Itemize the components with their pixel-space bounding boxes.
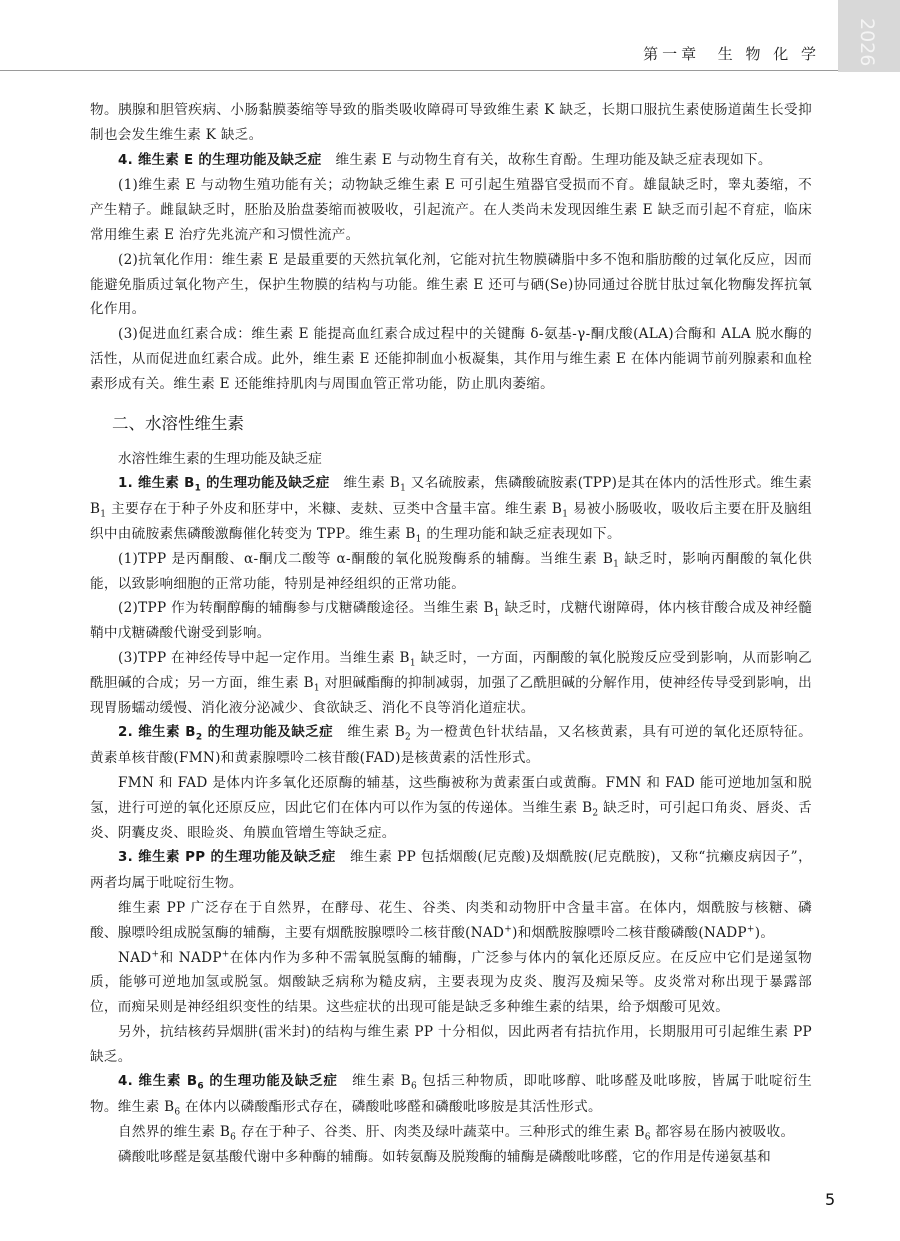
paragraph-vitamin-b6-intro: 4. 维生素 B6 的生理功能及缺乏症 维生素 B6 包括三种物质，即吡哆醇、吡…	[90, 1069, 812, 1120]
heading-vitamin-pp: 3. 维生素 PP 的生理功能及缺乏症	[118, 850, 336, 865]
paragraph-vitamin-b1-1: (1)TPP 是丙酮酸、α-酮戊二酸等 α-酮酸的氧化脱羧酶系的辅酶。当维生素 …	[90, 547, 812, 597]
vitamin-e-intro-text: 维生素 E 与动物生育有关，故称生育酚。生理功能及缺乏症表现如下。	[322, 152, 772, 168]
header-divider	[0, 70, 838, 71]
paragraph-vitamin-e-1: (1)维生素 E 与动物生殖功能有关；动物缺乏维生素 E 可引起生殖器官受损而不…	[90, 173, 812, 247]
paragraph-vitamin-b1-intro: 1. 维生素 B1 的生理功能及缺乏症 维生素 B1 又名硫胺素，焦磷酸硫胺素(…	[90, 471, 812, 546]
paragraph-vitamin-e-2: (2)抗氧化作用：维生素 E 是最重要的天然抗氧化剂，它能对抗生物膜磷脂中多不饱…	[90, 248, 812, 322]
heading-vitamin-b6: 4. 维生素 B6 的生理功能及缺乏症	[118, 1074, 338, 1089]
paragraph-vitamin-e-intro: 4. 维生素 E 的生理功能及缺乏症 维生素 E 与动物生育有关，故称生育酚。生…	[90, 148, 812, 174]
heading-vitamin-b1: 1. 维生素 B1 的生理功能及缺乏症	[118, 476, 330, 491]
paragraph-vitamin-k-end: 物。胰腺和胆管疾病、小肠黏膜萎缩等导致的脂类吸收障碍可导致维生素 K 缺乏，长期…	[90, 98, 812, 148]
subheading-water-soluble-functions: 水溶性维生素的生理功能及缺乏症	[118, 447, 812, 472]
paragraph-vitamin-pp-nad: NAD+和 NADP+在体内作为多种不需氧脱氢酶的辅酶，广泛参与体内的氧化还原反…	[90, 946, 812, 1020]
section-heading-water-soluble: 二、水溶性维生素	[112, 411, 812, 437]
page-number: 5	[825, 1190, 835, 1209]
year-label: 2026	[856, 18, 878, 58]
paragraph-vitamin-b1-3: (3)TPP 在神经传导中起一定作用。当维生素 B1 缺乏时，一方面，丙酮酸的氧…	[90, 646, 812, 720]
paragraph-vitamin-e-3: (3)促进血红素合成：维生素 E 能提高血红素合成过程中的关键酶 δ-氨基-γ-…	[90, 322, 812, 396]
page-body: 物。胰腺和胆管疾病、小肠黏膜萎缩等导致的脂类吸收障碍可导致维生素 K 缺乏，长期…	[90, 98, 812, 1170]
paragraph-vitamin-pp-isoniazid: 另外，抗结核药异烟肼(雷米封)的结构与维生素 PP 十分相似，因此两者有拮抗作用…	[90, 1020, 812, 1070]
paragraph-vitamin-pp-intro: 3. 维生素 PP 的生理功能及缺乏症 维生素 PP 包括烟酸(尼克酸)及烟酰胺…	[90, 845, 812, 896]
paragraph-vitamin-b6-sources: 自然界的维生素 B6 存在于种子、谷类、肝、肉类及绿叶蔬菜中。三种形式的维生素 …	[90, 1120, 812, 1145]
chapter-title: 第一章 生 物 化 学	[643, 43, 820, 64]
paragraph-vitamin-pp-sources: 维生素 PP 广泛存在于自然界，在酵母、花生、谷类、肉类和动物肝中含量丰富。在体…	[90, 896, 812, 946]
paragraph-vitamin-b2-intro: 2. 维生素 B2 的生理功能及缺乏症 维生素 B2 为一橙黄色针状结晶，又名核…	[90, 720, 812, 771]
paragraph-vitamin-b6-coenzyme: 磷酸吡哆醛是氨基酸代谢中多种酶的辅酶。如转氨酶及脱羧酶的辅酶是磷酸吡哆醛，它的作…	[90, 1145, 812, 1170]
page-header: 第一章 生 物 化 学 2026	[0, 0, 900, 72]
heading-vitamin-e: 4. 维生素 E 的生理功能及缺乏症	[118, 153, 322, 168]
heading-vitamin-b2: 2. 维生素 B2 的生理功能及缺乏症	[118, 725, 333, 740]
paragraph-vitamin-b2-fmn-fad: FMN 和 FAD 是体内许多氧化还原酶的辅基，这些酶被称为黄素蛋白或黄酶。FM…	[90, 771, 812, 845]
paragraph-vitamin-b1-2: (2)TPP 作为转酮醇酶的辅酶参与戊糖磷酸途径。当维生素 B1 缺乏时，戊糖代…	[90, 596, 812, 646]
